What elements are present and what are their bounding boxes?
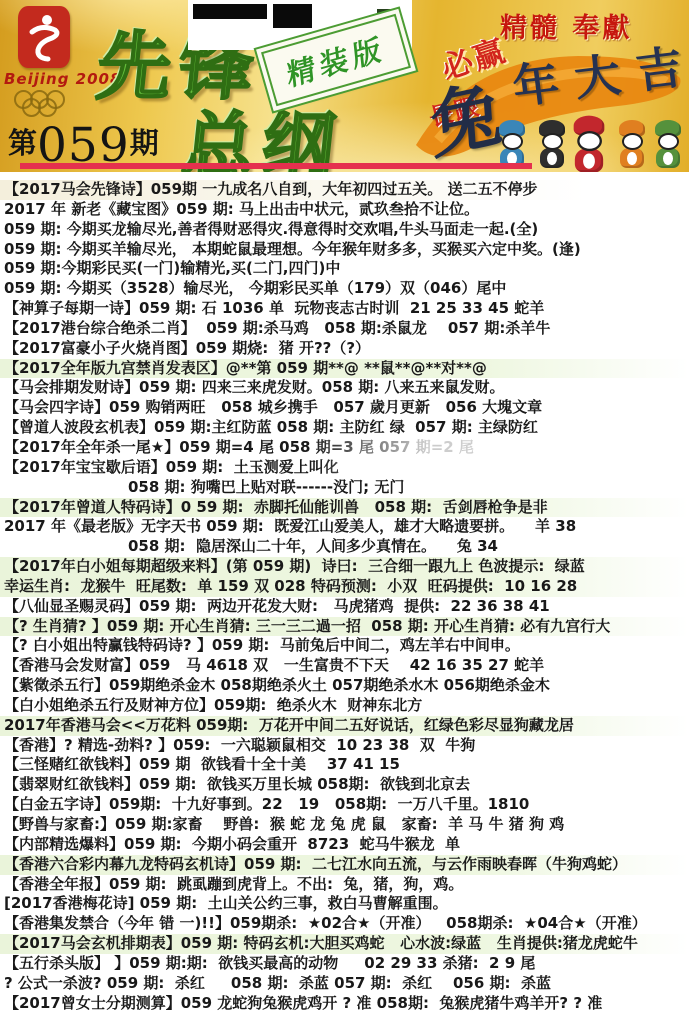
text-line: 【野兽与家畜:】059 期:家畜 野兽: 猴 蛇 龙 兔 虎 鼠 家畜: 羊 马… xyxy=(0,815,689,835)
censored-bar xyxy=(193,4,267,19)
text-line: 058 期: 狗嘴巴上贴对联------没门; 无门 xyxy=(0,478,689,498)
fuwa-mascot-icon xyxy=(537,120,567,168)
text-line: 【香港六合彩内幕九龙特码玄机诗】059 期: 二七江水向五流，与云作雨映春晖（牛… xyxy=(0,855,689,875)
text-line: 【2017马会先锋诗】059期 一九成名八自到，大年初四过五关。 送二五不停步 xyxy=(0,180,689,200)
text-line: [2017香港梅花诗] 059 期: 土山关公约三事，救白马曹解重围。 xyxy=(0,894,689,914)
text-line: 【2017年宝宝歇后语】059 期: 土玉测爱上叫化 xyxy=(0,458,689,478)
text-line: 【白金五字诗】059期: 十九好事到。22 19 058期: 一万八千里。181… xyxy=(0,795,689,815)
text-line: 【2017年白小姐每期超级来料】(第 059 期) 诗曰: 三合细一跟九上 色波… xyxy=(0,557,689,577)
text-line: 059 期: 今期买羊输尽光， 本期蛇鼠最理想。今年猴年财多多，买猴买六定中奖。… xyxy=(0,240,689,260)
tip-sheet-page: Beijing 2008 第059期 先锋 总纲 精装版 精髓 奉獻 必赢 長跟… xyxy=(0,0,689,1017)
text-line: 【香港集发禁合（今年 错 一)!!】059期杀: ★02合★（开准） 058期杀… xyxy=(0,914,689,934)
text-line: 【香港全年报】059 期: 跳虱蹦到虎背上。不出: 兔，猪，狗，鸡。 xyxy=(0,875,689,895)
text-line: 058 期: 隐居深山二十年，人间多少真情在。 兔 34 xyxy=(0,537,689,557)
body-lines: 【2017马会先锋诗】059期 一九成名八自到，大年初四过五关。 送二五不停步2… xyxy=(0,176,689,1017)
rabbit-year-calligraphy: 兔 xyxy=(427,54,505,172)
text-line: 2017 年 新老《藏宝图》059 期: 马上出击中状元，贰玖叁拾不让位。 xyxy=(0,200,689,220)
text-line: 【马会排期发财诗】059 期: 四来三来虎发财。058 期: 八来五来鼠发财。 xyxy=(0,378,689,398)
text-line: 【? 生肖猜? 】059 期: 开心生肖猜: 三一三二過一招 058 期: 开心… xyxy=(0,617,689,637)
text-line: 059 期: 今期买龙输尽光,善者得财恶得灾.得意得时交欢唱,牛头马面走一起.(… xyxy=(0,220,689,240)
beijing-2008-seal-icon xyxy=(18,6,70,68)
text-line: 【翡翠财红欲钱料】059 期: 欲钱买万里长城 058期: 欲钱到北京去 xyxy=(0,775,689,795)
text-line: 【马会四字诗】059 购销两旺 058 城乡携手 057 歲月更新 056 大塊… xyxy=(0,398,689,418)
text-line: 【八仙显圣赐灵码】059 期: 两边开花发大财: 马虎猪鸡 提供: 22 36 … xyxy=(0,597,689,617)
text-line: 【内部精选爆料】059 期: 今期小码会重开 8723 蛇马牛猴龙 单 xyxy=(0,835,689,855)
text-line: 【2017全年版九宫禁肖发表区】@**第 059 期**@ **鼠**@**对*… xyxy=(0,359,689,379)
text-line: 059 期:今期彩民买(一门)输精光,买(二门,四门)中 xyxy=(0,259,689,279)
fuwa-mascot-icon xyxy=(653,120,683,168)
text-line: 幸运生肖: 龙猴牛 旺尾数: 单 159 双 028 特码预测: 小双 旺码提供… xyxy=(0,577,689,597)
issue-prefix: 第 xyxy=(8,126,37,160)
text-line: 【曾道人波段玄机表】059 期:主红防蓝 058 期: 主防红 绿 057 期:… xyxy=(0,418,689,438)
red-divider-strip xyxy=(20,163,532,169)
text-line: 【2017曾女士分期测算】059 龙蛇狗兔猴虎鸡开 ? 准 058期: 兔猴虎猪… xyxy=(0,994,689,1014)
fuwa-mascot-icon xyxy=(571,116,606,172)
text-line: 【紫徵杀五行】059期绝杀金木 058期绝杀火土 057期绝杀水木 056期绝杀… xyxy=(0,676,689,696)
decorative-header: Beijing 2008 第059期 先锋 总纲 精装版 精髓 奉獻 必赢 長跟… xyxy=(0,0,689,172)
text-line: 2017 年《最老版》无字天书 059 期: 既爱江山爱美人，雄才大略遗要拼。 … xyxy=(0,517,689,537)
dancing-figure-icon xyxy=(22,10,66,64)
text-line: 【? 白小姐出特赢钱特码诗? 】059 期: 马前兔后中间二，鸡左羊右中间申。 xyxy=(0,636,689,656)
text-line: 【2017马会玄机排期表】059 期: 特码玄机:大胆买鸡蛇 心水波:绿蓝 生肖… xyxy=(0,934,689,954)
issue-suffix: 期 xyxy=(130,126,159,160)
masthead-title-line2: 总纲 xyxy=(178,88,349,172)
text-line: 【2017年曾道人特码诗】0 59 期: 赤脚托仙能训兽 058 期: 舌剑唇枪… xyxy=(0,498,689,518)
text-line: 【三怪赌红欲钱料】059 期 欲钱看十全十美 37 41 15 xyxy=(0,755,689,775)
fuwa-mascot-icon xyxy=(617,120,647,168)
text-line: 【白小姐绝杀五行及财神方位】059期: 绝杀火木 财神东北方 xyxy=(0,696,689,716)
text-line: 【2017富豪小子火烧肖图】059 期烧: 猪 开??（?） xyxy=(0,339,689,359)
text-line: 【香港】? 精选-劲料? 】059: 一六聪颖鼠相交 10 23 38 双 牛狗 xyxy=(0,736,689,756)
text-line: 2017年香港马会<<万花料 059期: 万花开中间二五好说话，红绿色彩尽显狗藏… xyxy=(0,716,689,736)
text-line: 【2017港台综合绝杀二肖】 059 期:杀马鸡 058 期:杀鼠龙 057 期… xyxy=(0,319,689,339)
text-line: 【香港马会发财富】059 马 4618 双 一生富贵不下天 42 16 35 2… xyxy=(0,656,689,676)
text-line: 059 期: 今期买（3528）输尽光， 今期彩民买单（179）双（046）尾中 xyxy=(0,279,689,299)
text-line: ? 公式一杀波? 059 期: 杀红 058 期: 杀蓝 057 期: 杀红 0… xyxy=(0,974,689,994)
text-line: 【五行杀头版】 】059 期:期: 欲钱买最高的动物 02 29 33 杀猪: … xyxy=(0,954,689,974)
censored-bar xyxy=(273,4,312,28)
fuwa-mascot-icon xyxy=(497,120,527,168)
text-line: 【神算子每期一诗】059 期: 石 1036 单 玩物丧志古时训 21 25 3… xyxy=(0,299,689,319)
text-line: 【2017年全年杀一尾★】059 期=4 尾 058 期=3 尾 057 期=2… xyxy=(0,438,689,458)
